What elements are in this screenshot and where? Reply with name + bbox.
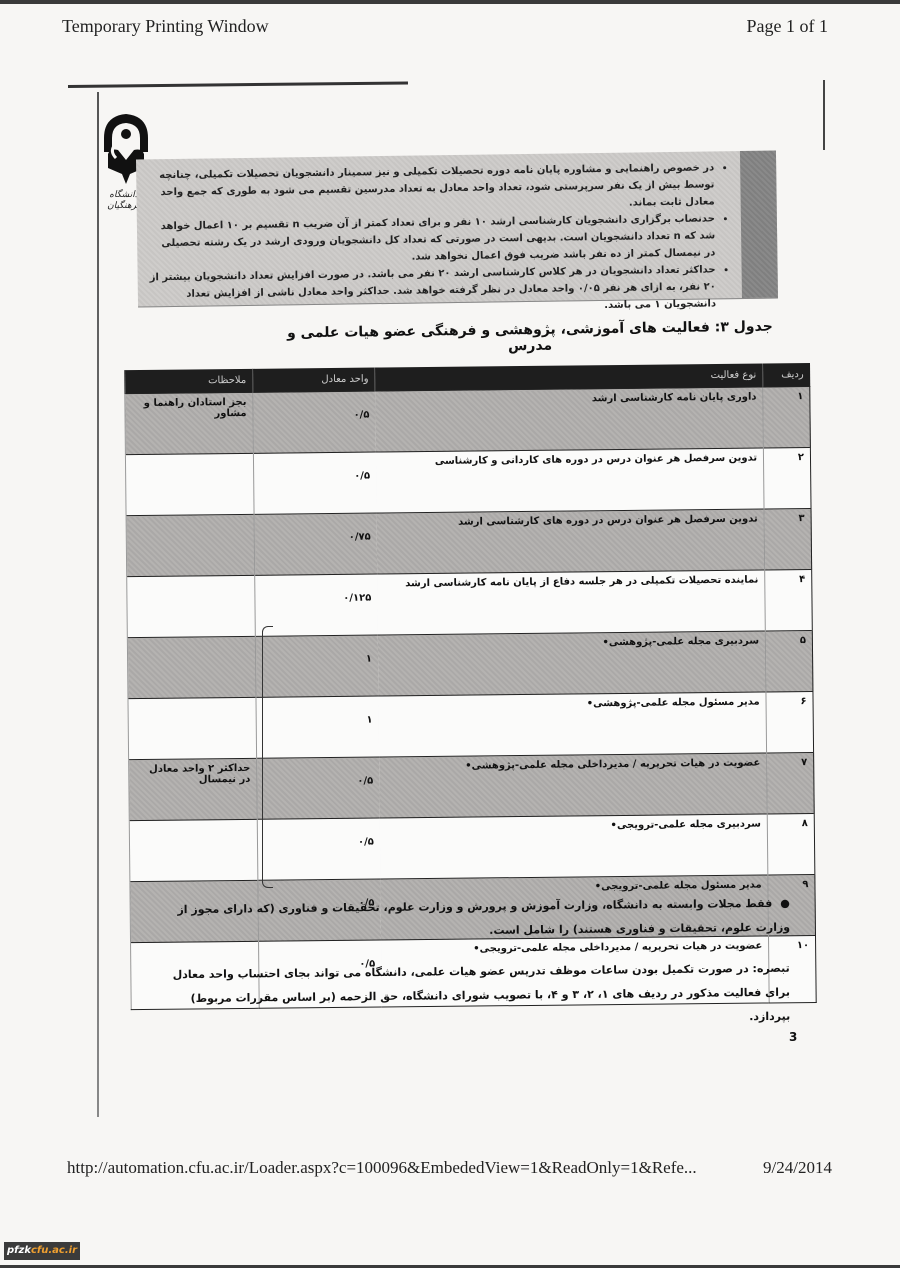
table-row: ۳ تدوین سرفصل هر عنوان درس در دوره های ک…: [126, 508, 812, 576]
row-units: ۰/۵: [257, 818, 380, 880]
watermark-prefix: pfzk: [7, 1245, 31, 1256]
row-units: ۰/۵: [257, 757, 380, 819]
note-item: حداکثر تعداد دانشجویان در هر کلاس کارشنا…: [148, 261, 717, 320]
page-indicator: Page 1 of 1: [747, 16, 828, 37]
row-number: ۶: [766, 691, 813, 752]
row-number: ۵: [765, 630, 812, 691]
watermark-domain: cfu.ac.ir: [31, 1245, 77, 1256]
row-notes: [127, 636, 256, 698]
table-title: جدول ۳: فعالیت های آموزشی، پژوهشی و فرهن…: [270, 318, 790, 357]
print-footer-date: 9/24/2014: [763, 1158, 832, 1178]
row-units: ۰/۵: [253, 452, 376, 514]
row-notes: حداکثر ۲ واحد معادل در نیمسال: [129, 758, 258, 820]
row-notes: [126, 514, 255, 576]
row-units: ۱: [256, 696, 379, 758]
scan-frame-left: [97, 92, 99, 1117]
row-activity: سردبیری مجله علمی-ترویجی•: [380, 814, 768, 879]
row-activity: سردبیری مجله علمی-پژوهشی•: [378, 631, 766, 696]
footnote-text: فقط مجلات وابسته به دانشگاه، وزارت آموزش…: [177, 897, 790, 937]
row-units: ۰/۵: [253, 391, 376, 453]
row-units: ۰/۷۵: [254, 513, 377, 575]
row-activity: داوری پایان نامه کارشناسی ارشد: [375, 387, 763, 452]
row-notes: [127, 575, 256, 637]
row-notes: [128, 697, 257, 759]
table-row: ۵ سردبیری مجله علمی-پژوهشی• ۱: [127, 630, 813, 698]
page-number: 3: [789, 1030, 797, 1044]
note-item: حدنصاب برگزاری دانشجویان کارشناسی ارشد ۱…: [147, 210, 716, 269]
site-watermark: pfzkcfu.ac.ir: [4, 1242, 80, 1260]
row-notes: بجز استادان راهنما و مشاور: [125, 392, 254, 454]
row-activity: نماینده تحصیلات تکمیلی در هر جلسه دفاع ا…: [377, 570, 765, 635]
bullet-icon: ●: [780, 897, 790, 910]
scan-top-edge: [0, 0, 900, 4]
table-row: ۱ داوری پایان نامه کارشناسی ارشد ۰/۵ بجز…: [125, 387, 811, 455]
row-activity: عضویت در هیات تحریریه / مدیرداخلی مجله ع…: [379, 753, 767, 818]
row-activity: تدوین سرفصل هر عنوان درس در دوره های کار…: [376, 448, 764, 513]
notes-box-band: [740, 151, 778, 298]
header-units: واحد معادل: [253, 368, 376, 393]
row-activity: مدیر مسئول مجله علمی-پژوهشی•: [378, 692, 766, 757]
table-row: ۲ تدوین سرفصل هر عنوان درس در دوره های ک…: [125, 448, 811, 516]
row-number: ۸: [767, 813, 814, 874]
header-notes: ملاحظات: [125, 369, 253, 394]
scan-frame-right: [823, 80, 825, 150]
remark-note: تبصره: در صورت تکمیل بودن ساعات موظف تدر…: [165, 957, 791, 1036]
journal-rows-bracket: [262, 626, 273, 888]
journals-footnote: ●فقط مجلات وابسته به دانشگاه، وزارت آموز…: [165, 892, 790, 947]
note-item: در خصوص راهنمایی و مشاوره پایان نامه دور…: [146, 159, 715, 218]
print-footer-url: http://automation.cfu.ac.ir/Loader.aspx?…: [67, 1158, 697, 1178]
row-notes: [129, 819, 258, 881]
table-row: ۴ نماینده تحصیلات تکمیلی در هر جلسه دفاع…: [127, 569, 813, 637]
row-units: ۰/۱۲۵: [255, 574, 378, 636]
print-window-title: Temporary Printing Window: [62, 16, 269, 37]
row-number: ۱: [763, 387, 810, 448]
row-number: ۴: [765, 569, 812, 630]
table-row: ۸ سردبیری مجله علمی-ترویجی• ۰/۵: [129, 813, 815, 881]
row-number: ۳: [764, 508, 811, 569]
row-units: ۱: [255, 635, 378, 697]
table-row: ۶ مدیر مسئول مجله علمی-پژوهشی• ۱: [128, 691, 814, 759]
notes-list: در خصوص راهنمایی و مشاوره پایان نامه دور…: [146, 159, 730, 320]
notes-box: در خصوص راهنمایی و مشاوره پایان نامه دور…: [136, 151, 778, 308]
scan-frame-top: [68, 81, 408, 88]
header-row-num: ردیف: [763, 363, 810, 387]
row-number: ۲: [764, 448, 811, 509]
table-row: ۷ عضویت در هیات تحریریه / مدیرداخلی مجله…: [129, 752, 815, 820]
row-notes: [125, 453, 254, 515]
row-activity: تدوین سرفصل هر عنوان درس در دوره های کار…: [376, 509, 764, 574]
row-number: ۷: [767, 752, 814, 813]
